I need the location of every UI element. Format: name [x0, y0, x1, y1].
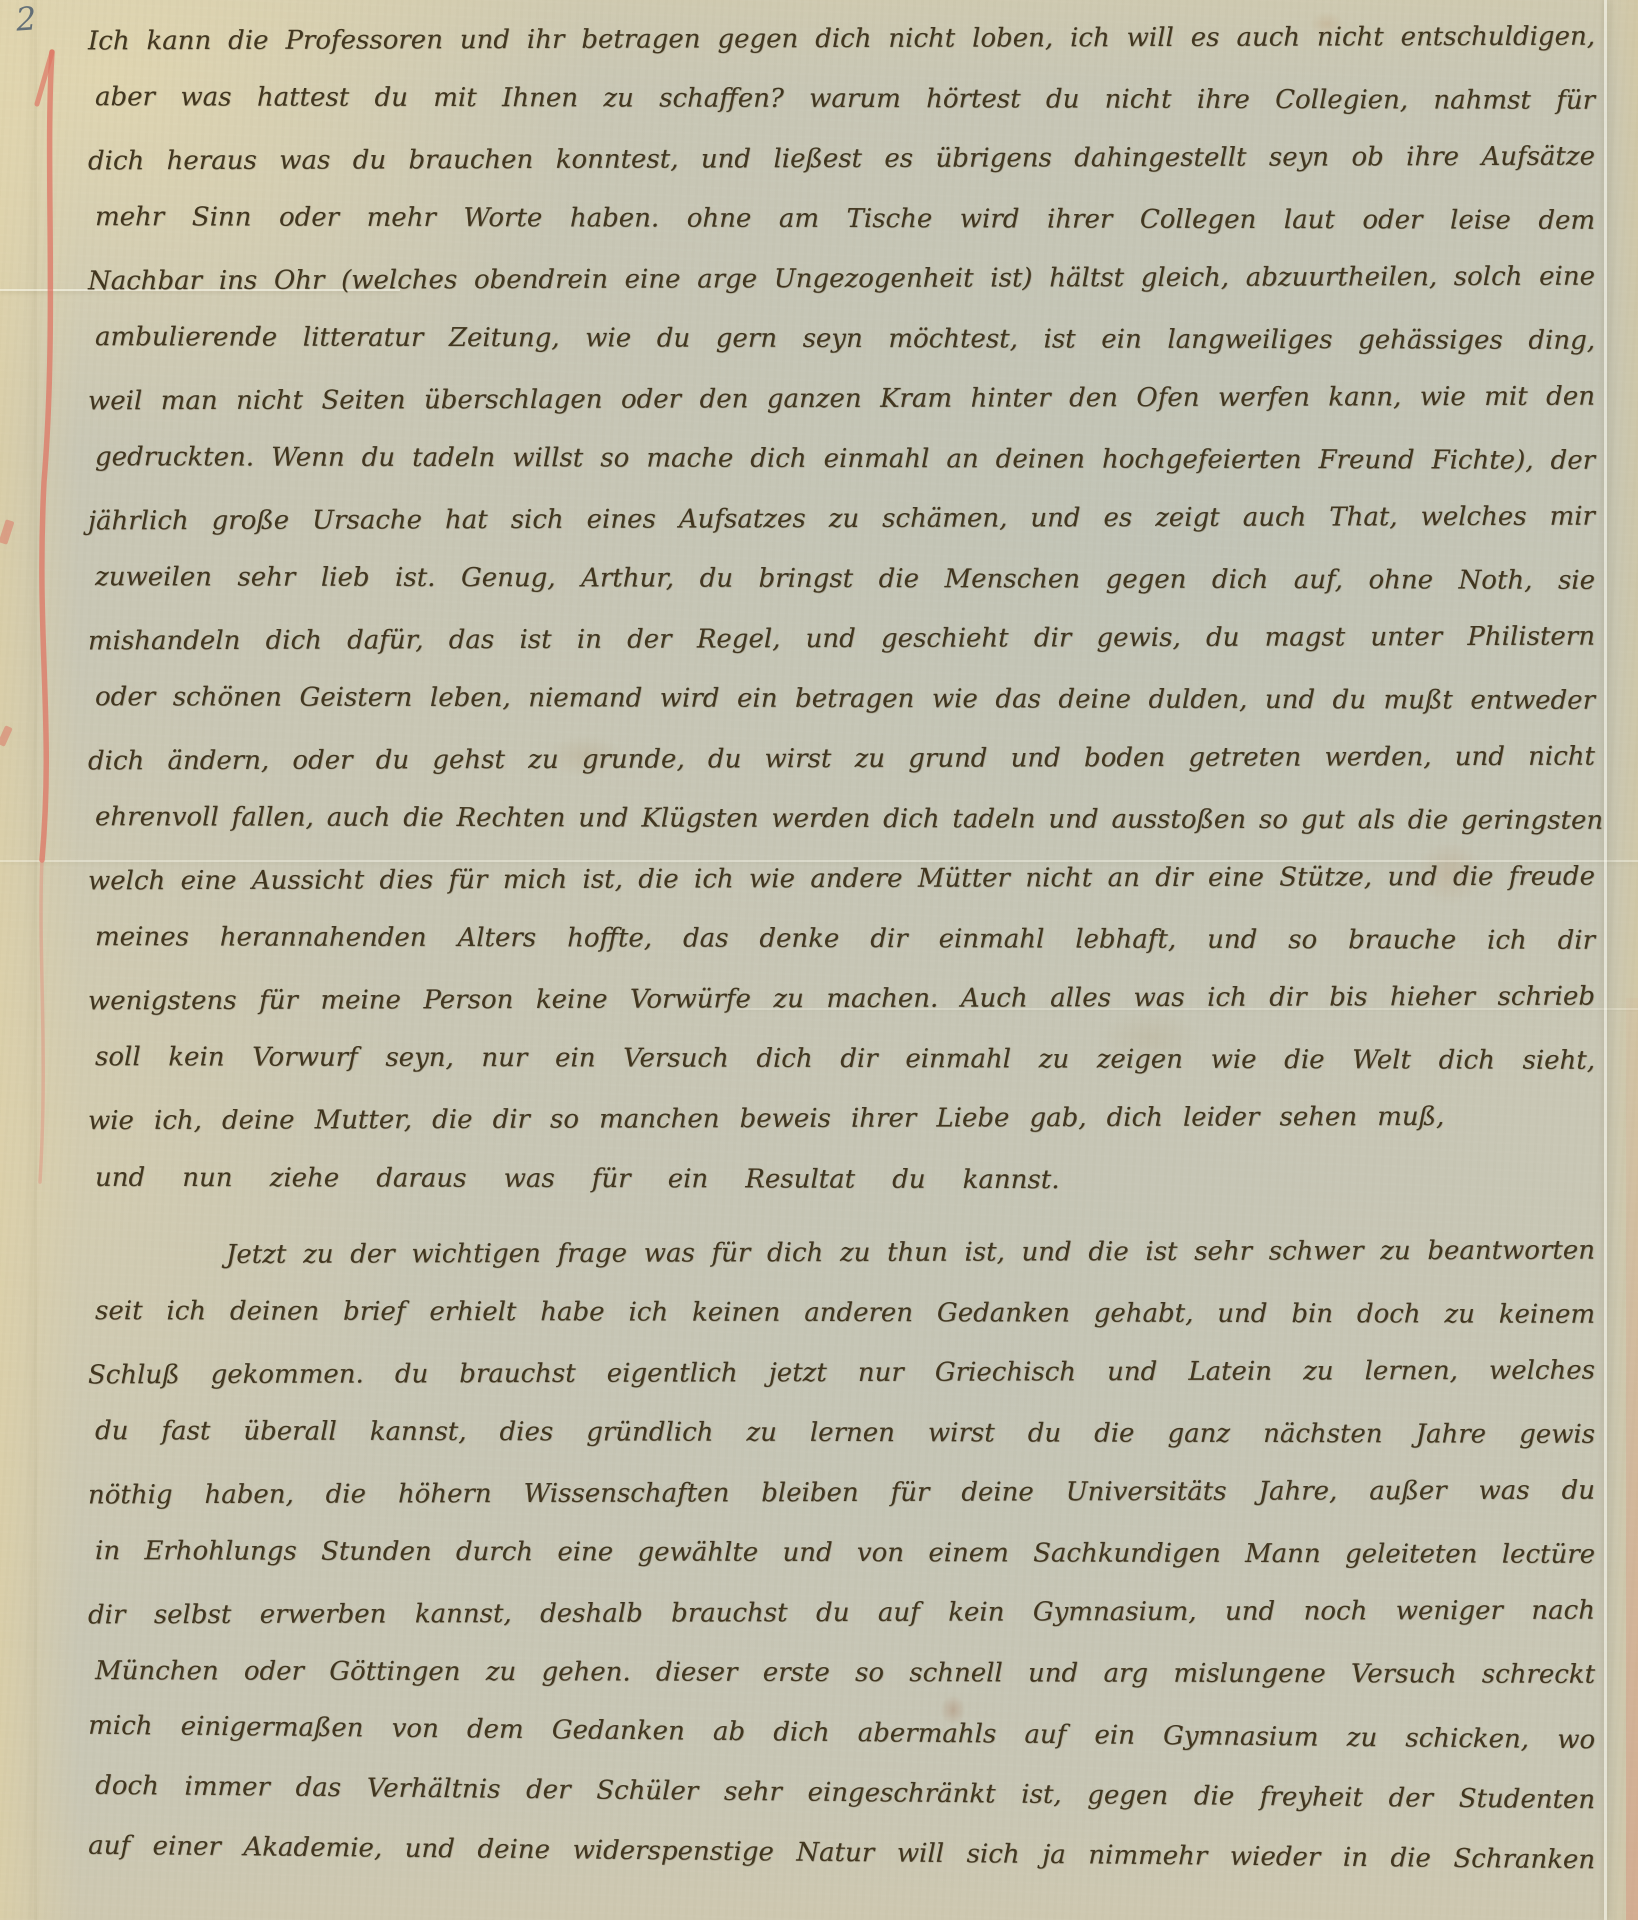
handwriting-line: wenigstens für meine Person keine Vorwür…	[88, 982, 1595, 1047]
handwriting-line: wie ich, deine Mutter, die dir so manche…	[88, 1102, 1444, 1166]
handwriting-line: mehr Sinn oder mehr Worte haben. ohne am…	[95, 202, 1595, 266]
right-edge-red-tint	[1626, 998, 1638, 1920]
handwriting-line: ehrenvoll fallen, auch die Rechten und K…	[95, 802, 1595, 866]
handwriting-line: jährlich große Ursache hat sich eines Au…	[88, 502, 1595, 567]
left-fold-crease	[34, 0, 37, 1920]
handwriting-line: aber was hattest du mit Ihnen zu schaffe…	[95, 82, 1595, 146]
handwriting-line: München oder Göttingen zu gehen. dieser …	[95, 1656, 1595, 1720]
handwriting-line: dich ändern, oder du gehst zu grunde, du…	[88, 742, 1595, 807]
handwriting-line: dir selbst erwerben kannst, deshalb brau…	[88, 1596, 1595, 1661]
handwriting-line: mishandeln dich dafür, das ist in der Re…	[88, 622, 1595, 687]
handwriting-line: dich heraus was du brauchen konntest, un…	[88, 142, 1595, 207]
handwriting-line: in Erhohlungs Stunden durch eine gewählt…	[95, 1536, 1595, 1600]
letter-paragraph-1: Ich kann die Professoren und ihr betrage…	[88, 24, 1595, 1224]
red-edge-tick	[0, 519, 14, 545]
handwriting-line: zuweilen sehr lieb ist. Genug, Arthur, d…	[95, 562, 1595, 626]
handwriting-line: oder schönen Geistern leben, niemand wir…	[95, 682, 1595, 746]
handwriting-line: weil man nicht Seiten überschlagen oder …	[88, 382, 1595, 447]
letter-page: 2 Ich kann die Professoren und ihr betra…	[0, 0, 1638, 1920]
red-margin-mark	[12, 42, 92, 1202]
handwriting-line: nöthig haben, die höhern Wissenschaften …	[88, 1476, 1595, 1541]
handwriting-line: du fast überall kannst, dies gründlich z…	[95, 1416, 1595, 1480]
handwriting-line: meines herannahenden Alters hoffte, das …	[95, 922, 1595, 986]
letter-paragraph-2: Jetzt zu der wichtigen frage was für dic…	[88, 1238, 1595, 1898]
handwriting-line: seit ich deinen brief erhielt habe ich k…	[95, 1296, 1595, 1360]
handwriting-line: ambulierende litteratur Zeitung, wie du …	[95, 322, 1595, 386]
handwriting-line: und nun ziehe daraus was für ein Resulta…	[95, 1163, 1060, 1225]
handwriting-line: gedruckten. Wenn du tadeln willst so mac…	[95, 442, 1595, 506]
handwriting-line: Jetzt zu der wichtigen frage was für dic…	[88, 1236, 1595, 1301]
handwriting-line: welch eine Aussicht dies für mich ist, d…	[88, 862, 1595, 927]
handwriting-line: Ich kann die Professoren und ihr betrage…	[88, 22, 1595, 87]
handwriting-line: soll kein Vorwurf seyn, nur ein Versuch …	[95, 1042, 1595, 1106]
page-number: 2	[15, 0, 38, 39]
red-edge-tick	[0, 725, 13, 747]
handwriting-line: Schluß gekommen. du brauchst eigentlich …	[88, 1356, 1595, 1421]
handwriting-line: Nachbar ins Ohr (welches obendrein eine …	[88, 262, 1595, 327]
right-fold-crease	[1604, 0, 1607, 1920]
